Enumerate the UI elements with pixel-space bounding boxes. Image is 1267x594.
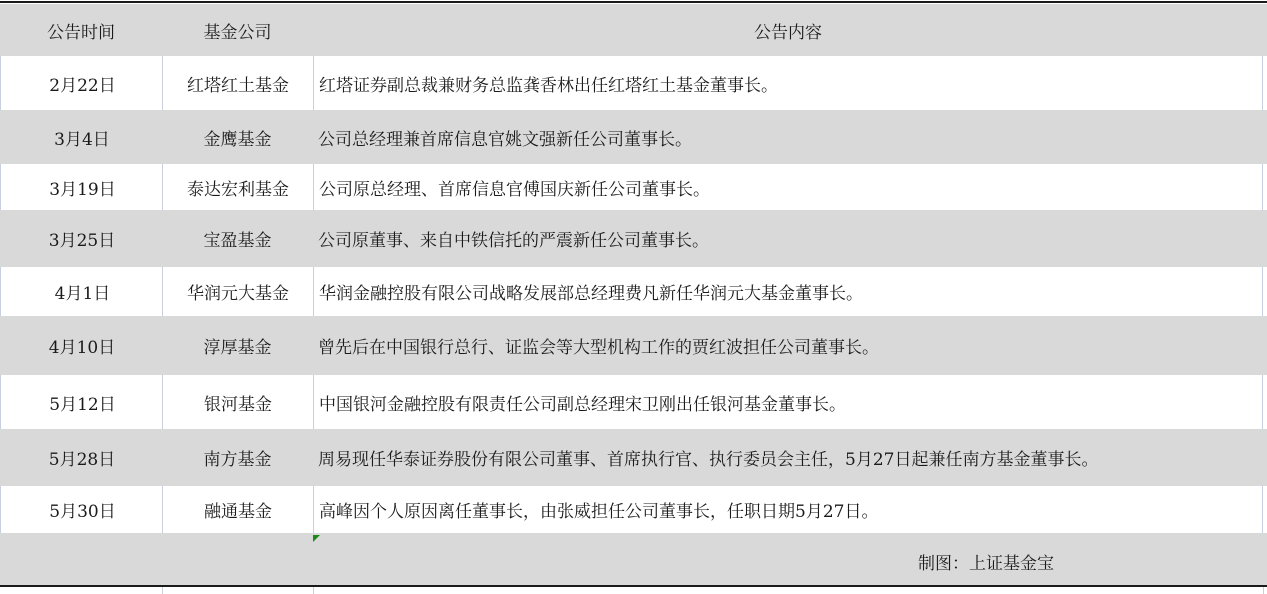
cell-company[interactable]: 融通基金 (162, 486, 313, 533)
cell-date[interactable]: 5月28日 (0, 429, 162, 486)
cell-company[interactable]: 南方基金 (162, 429, 313, 486)
table-row: 4月1日 华润元大基金 华润金融控股有限公司战略发展部总经理费凡新任华润元大基金… (0, 267, 1267, 316)
table-row: 3月25日 宝盈基金 公司原董事、来自中铁信托的严震新任公司董事长。 (0, 210, 1267, 267)
cell-company[interactable]: 淳厚基金 (162, 316, 313, 375)
table-row: 5月28日 南方基金 周易现任华泰证券股份有限公司董事、首席执行官、执行委员会主… (0, 429, 1267, 486)
table-header-row: 公告时间 基金公司 公告内容 (0, 4, 1267, 56)
table-bottom-border (0, 585, 1267, 587)
grid-line (1263, 587, 1264, 594)
header-content[interactable]: 公告内容 (313, 4, 1263, 56)
cell-company[interactable]: 泰达宏利基金 (162, 164, 313, 210)
cell-date[interactable]: 5月30日 (0, 486, 162, 533)
announcement-table: 公告时间 基金公司 公告内容 2月22日 红塔红土基金 红塔证券副总裁兼财务总监… (0, 0, 1267, 594)
cell-company[interactable]: 银河基金 (162, 375, 313, 429)
cell-comment-marker-icon (313, 535, 320, 542)
cell-date[interactable]: 5月12日 (0, 375, 162, 429)
header-company[interactable]: 基金公司 (162, 4, 313, 56)
table-row: 3月4日 金鹰基金 公司总经理兼首席信息官姚文强新任公司董事长。 (0, 110, 1267, 164)
cell-content[interactable]: 华润金融控股有限公司战略发展部总经理费凡新任华润元大基金董事长。 (313, 267, 1263, 316)
cell-company[interactable]: 华润元大基金 (162, 267, 313, 316)
table-row: 5月30日 融通基金 高峰因个人原因离任董事长，由张威担任公司董事长，任职日期5… (0, 486, 1267, 533)
header-date[interactable]: 公告时间 (0, 4, 162, 56)
table-row: 2月22日 红塔红土基金 红塔证券副总裁兼财务总监龚香林出任红塔红土基金董事长。 (0, 56, 1267, 110)
table-top-border (0, 1, 1267, 3)
table-row: 5月12日 银河基金 中国银河金融控股有限责任公司副总经理宋卫刚出任银河基金董事… (0, 375, 1267, 429)
cell-content[interactable]: 高峰因个人原因离任董事长，由张威担任公司董事长，任职日期5月27日。 (313, 486, 1263, 533)
cell-content[interactable]: 红塔证券副总裁兼财务总监龚香林出任红塔红土基金董事长。 (313, 56, 1263, 110)
cell-date[interactable]: 3月19日 (0, 164, 162, 210)
cell-company[interactable]: 红塔红土基金 (162, 56, 313, 110)
cell-content[interactable]: 公司总经理兼首席信息官姚文强新任公司董事长。 (313, 110, 1263, 164)
chart-credit[interactable]: 制图：上证基金宝 (918, 549, 1054, 574)
grid-line (162, 587, 163, 594)
table-row: 3月19日 泰达宏利基金 公司原总经理、首席信息官傅国庆新任公司董事长。 (0, 164, 1267, 210)
cell-content[interactable]: 周易现任华泰证券股份有限公司董事、首席执行官、执行委员会主任，5月27日起兼任南… (313, 429, 1263, 486)
cell-date[interactable]: 4月10日 (0, 316, 162, 375)
cell-content[interactable]: 公司原董事、来自中铁信托的严震新任公司董事长。 (313, 210, 1263, 267)
cell-content[interactable]: 中国银河金融控股有限责任公司副总经理宋卫刚出任银河基金董事长。 (313, 375, 1263, 429)
table-row: 4月10日 淳厚基金 曾先后在中国银行总行、证监会等大型机构工作的贾红波担任公司… (0, 316, 1267, 375)
cell-date[interactable]: 3月25日 (0, 210, 162, 267)
cell-date[interactable]: 2月22日 (0, 56, 162, 110)
cell-date[interactable]: 3月4日 (0, 110, 162, 164)
cell-company[interactable]: 宝盈基金 (162, 210, 313, 267)
cell-company[interactable]: 金鹰基金 (162, 110, 313, 164)
cell-content[interactable]: 曾先后在中国银行总行、证监会等大型机构工作的贾红波担任公司董事长。 (313, 316, 1263, 375)
grid-line (313, 587, 314, 594)
table-footer-row: 制图：上证基金宝 (0, 533, 1267, 585)
cell-date[interactable]: 4月1日 (0, 267, 162, 316)
cell-content[interactable]: 公司原总经理、首席信息官傅国庆新任公司董事长。 (313, 164, 1263, 210)
